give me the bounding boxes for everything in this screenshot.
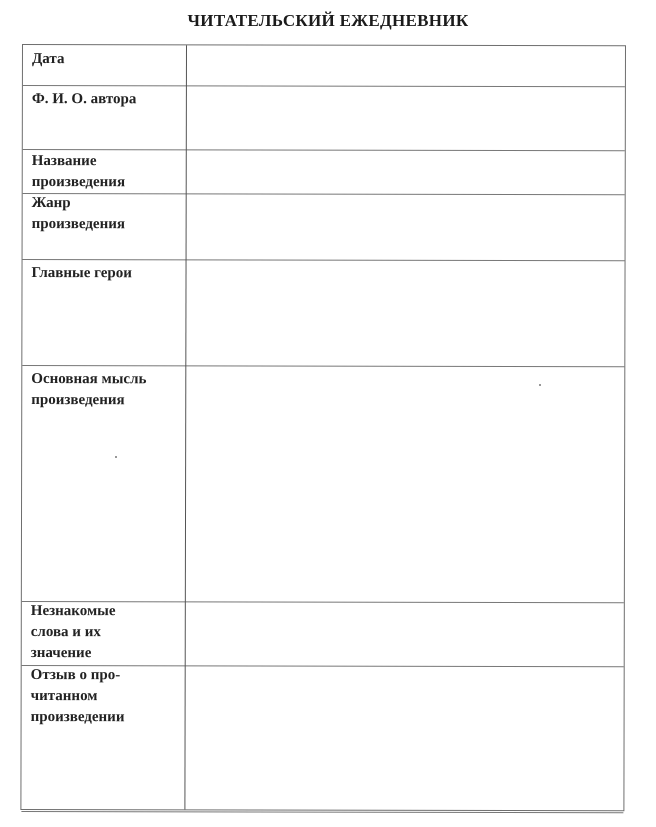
row-title: Название произведения [23, 149, 625, 195]
scan-speck [539, 384, 541, 386]
row-label-genre: Жанр произведения [32, 193, 182, 235]
row-label-author: Ф. И. О. автора [32, 89, 182, 110]
row-main-characters: Главные герои [22, 259, 624, 367]
field-review[interactable] [187, 667, 621, 810]
reading-diary-table: Дата Ф. И. О. автора Название произведен… [20, 44, 626, 811]
row-author: Ф. И. О. автора [23, 85, 625, 151]
scan-speck [115, 456, 117, 458]
field-date[interactable] [189, 47, 623, 84]
field-genre[interactable] [189, 195, 623, 258]
field-author[interactable] [189, 87, 623, 148]
row-review: Отзыв о про- читанном произведении [21, 665, 623, 813]
row-date: Дата [23, 45, 625, 87]
row-label-main-idea: Основная мысль произведения [31, 369, 181, 411]
field-work-title[interactable] [189, 151, 623, 192]
row-unknown-words: Незнакомые слова и их значение [22, 601, 624, 667]
row-label-review: Отзыв о про- читанном произведении [31, 665, 181, 728]
row-genre: Жанр произведения [23, 193, 625, 261]
row-label-date: Дата [32, 49, 182, 70]
field-main-idea[interactable] [188, 367, 622, 600]
field-unknown-words[interactable] [188, 603, 622, 664]
page-title: ЧИТАТЕЛЬСКИЙ ЕЖЕДНЕВНИК [0, 11, 656, 31]
row-label-unknown-words: Незнакомые слова и их значение [31, 601, 181, 664]
row-label-main-characters: Главные герои [31, 263, 181, 284]
row-main-idea: Основная мысль произведения [22, 365, 624, 603]
field-main-characters[interactable] [188, 261, 622, 364]
row-label-title: Название произведения [32, 151, 182, 193]
